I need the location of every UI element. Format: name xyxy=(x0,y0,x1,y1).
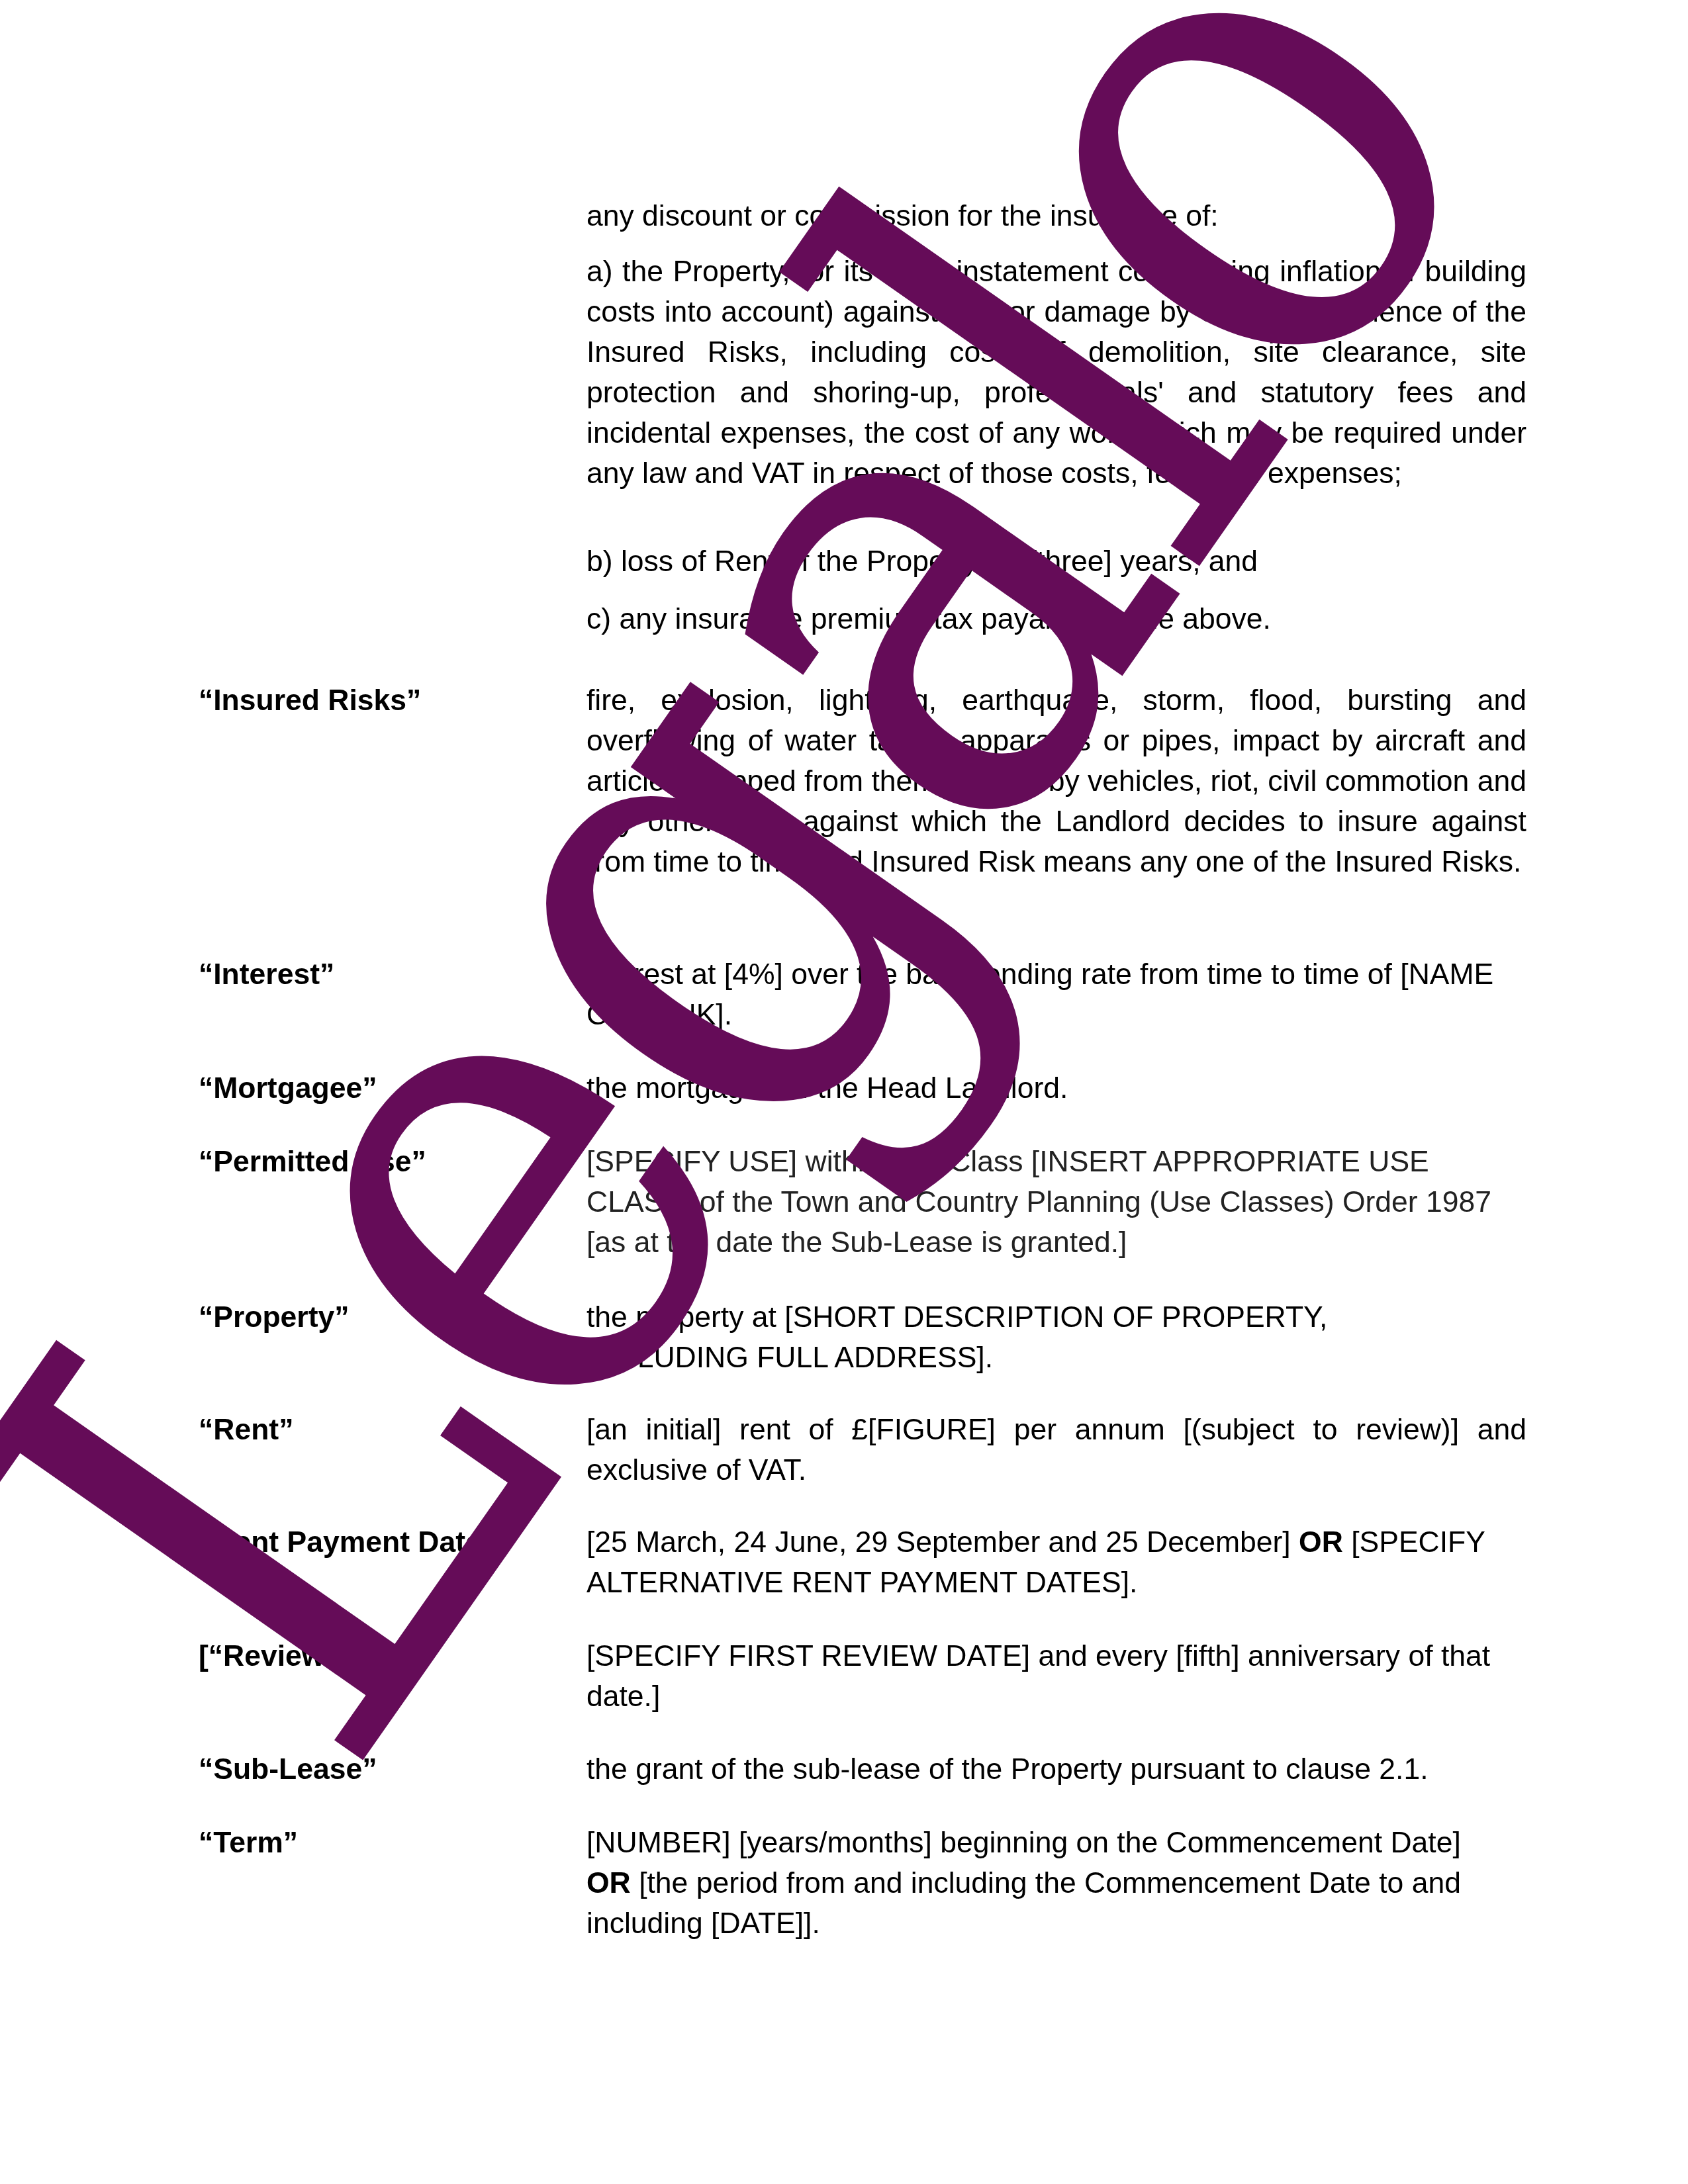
insurance-intro: any discount or commission for the insur… xyxy=(586,196,1526,236)
insurance-item-c: c) any insurance premium tax payable on … xyxy=(586,599,1526,639)
term-term: “Term” xyxy=(199,1823,298,1863)
or-label: OR xyxy=(586,1867,631,1899)
definition-permitted-use: [SPECIFY USE] within Use Class [INSERT A… xyxy=(586,1142,1513,1263)
or-label: OR xyxy=(1299,1526,1343,1559)
definition-property: the property at [SHORT DESCRIPTION OF PR… xyxy=(586,1297,1447,1378)
term-period: [the period from and including the Comme… xyxy=(586,1867,1461,1940)
term-permitted-use: “Permitted Use” xyxy=(199,1142,426,1182)
document-page: any discount or commission for the insur… xyxy=(0,0,1688,2184)
definition-rent: [an initial] rent of £[FIGURE] per annum… xyxy=(586,1410,1526,1490)
definition-rent-payment-dates: [25 March, 24 June, 29 September and 25 … xyxy=(586,1522,1526,1603)
rent-dates-default: [25 March, 24 June, 29 September and 25 … xyxy=(586,1526,1291,1559)
term-rent: “Rent” xyxy=(199,1410,293,1450)
definition-term: [NUMBER] [years/months] beginning on the… xyxy=(586,1823,1487,1944)
term-sub-lease: “Sub-Lease” xyxy=(199,1749,377,1790)
term-property: “Property” xyxy=(199,1297,350,1338)
term-mortgagee: “Mortgagee” xyxy=(199,1068,377,1109)
definition-review-date: [SPECIFY FIRST REVIEW DATE] and every [f… xyxy=(586,1636,1526,1717)
definition-insured-risks: fire, explosion, lightning, earthquake, … xyxy=(586,680,1526,882)
term-insured-risks: “Insured Risks” xyxy=(199,680,421,721)
term-length: [NUMBER] [years/months] beginning on the… xyxy=(586,1827,1461,1859)
term-rent-payment-dates: “Rent Payment Dates” xyxy=(199,1522,513,1563)
insurance-item-b: b) loss of Rent of the Property for [thr… xyxy=(586,541,1526,582)
definition-sub-lease: the grant of the sub-lease of the Proper… xyxy=(586,1749,1526,1790)
term-interest: “Interest” xyxy=(199,954,334,995)
definition-interest: interest at [4%] over the base lending r… xyxy=(586,954,1526,1035)
definition-mortgagee: the mortgagee of the Head Landlord. xyxy=(586,1068,1526,1109)
insurance-item-a: a) the Property, for its full reinstatem… xyxy=(586,251,1526,494)
term-review-date: [“Review Date” xyxy=(199,1636,412,1676)
